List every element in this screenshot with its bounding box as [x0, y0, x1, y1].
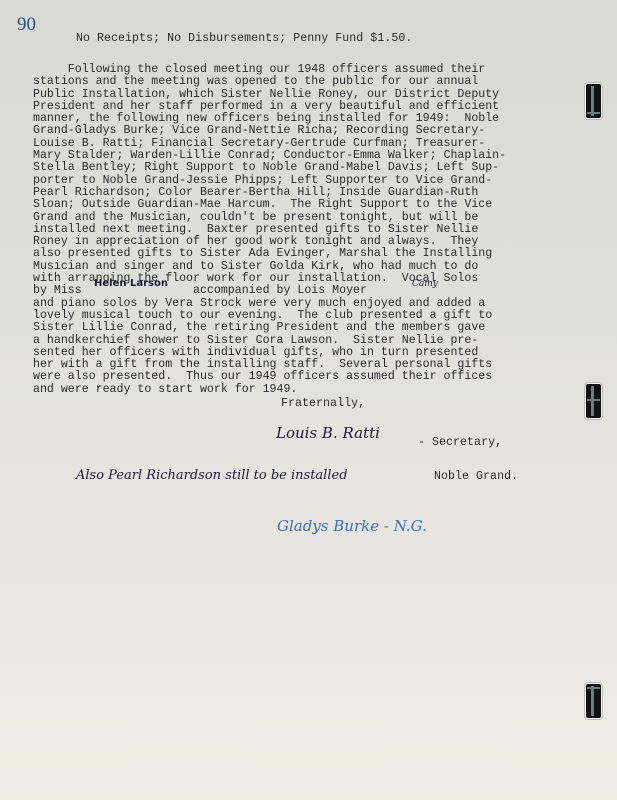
binder-hole-top: [585, 83, 602, 119]
body-paragraph: Following the closed meeting our 1948 of…: [33, 64, 506, 396]
body-line: Sloan; Outside Guardian-Mae Harcum. The …: [33, 199, 506, 211]
body-line: Grand-Gladys Burke; Vice Grand-Nettie Ri…: [33, 125, 506, 137]
handwritten-accompanist-suffix: Camy: [412, 279, 438, 289]
body-line: also presented gifts to Sister Ada Eving…: [33, 248, 506, 260]
handwritten-note: Also Pearl Richardson still to be instal…: [76, 468, 348, 483]
body-line: a handkerchief shower to Sister Cora Law…: [33, 335, 506, 347]
noble-grand-title: Noble Grand.: [434, 471, 518, 483]
binder-hole-bottom: [585, 683, 602, 719]
body-line: stations and the meeting was opened to t…: [33, 76, 506, 88]
noble-grand-signature: Gladys Burke - N.G.: [277, 517, 427, 535]
page-number: 90: [17, 14, 36, 36]
header-line: No Receipts; No Disbursements; Penny Fun…: [76, 33, 412, 45]
secretary-signature: Louis B. Ratti: [276, 424, 380, 442]
body-line: were also presented. Thus our 1949 offic…: [33, 371, 506, 383]
body-line: and were ready to start work for 1949.: [33, 384, 506, 396]
body-line: Stella Bentley; Right Support to Noble G…: [33, 162, 506, 174]
closing-text: Fraternally,: [281, 398, 365, 410]
body-line: Grand and the Musician, couldn't be pres…: [33, 212, 506, 224]
body-line: Sister Lillie Conrad, the retiring Presi…: [33, 322, 506, 334]
binder-hole-middle: [585, 383, 602, 419]
handwritten-singer-name: Helen Larson: [94, 278, 168, 289]
secretary-title: - Secretary,: [418, 437, 502, 449]
